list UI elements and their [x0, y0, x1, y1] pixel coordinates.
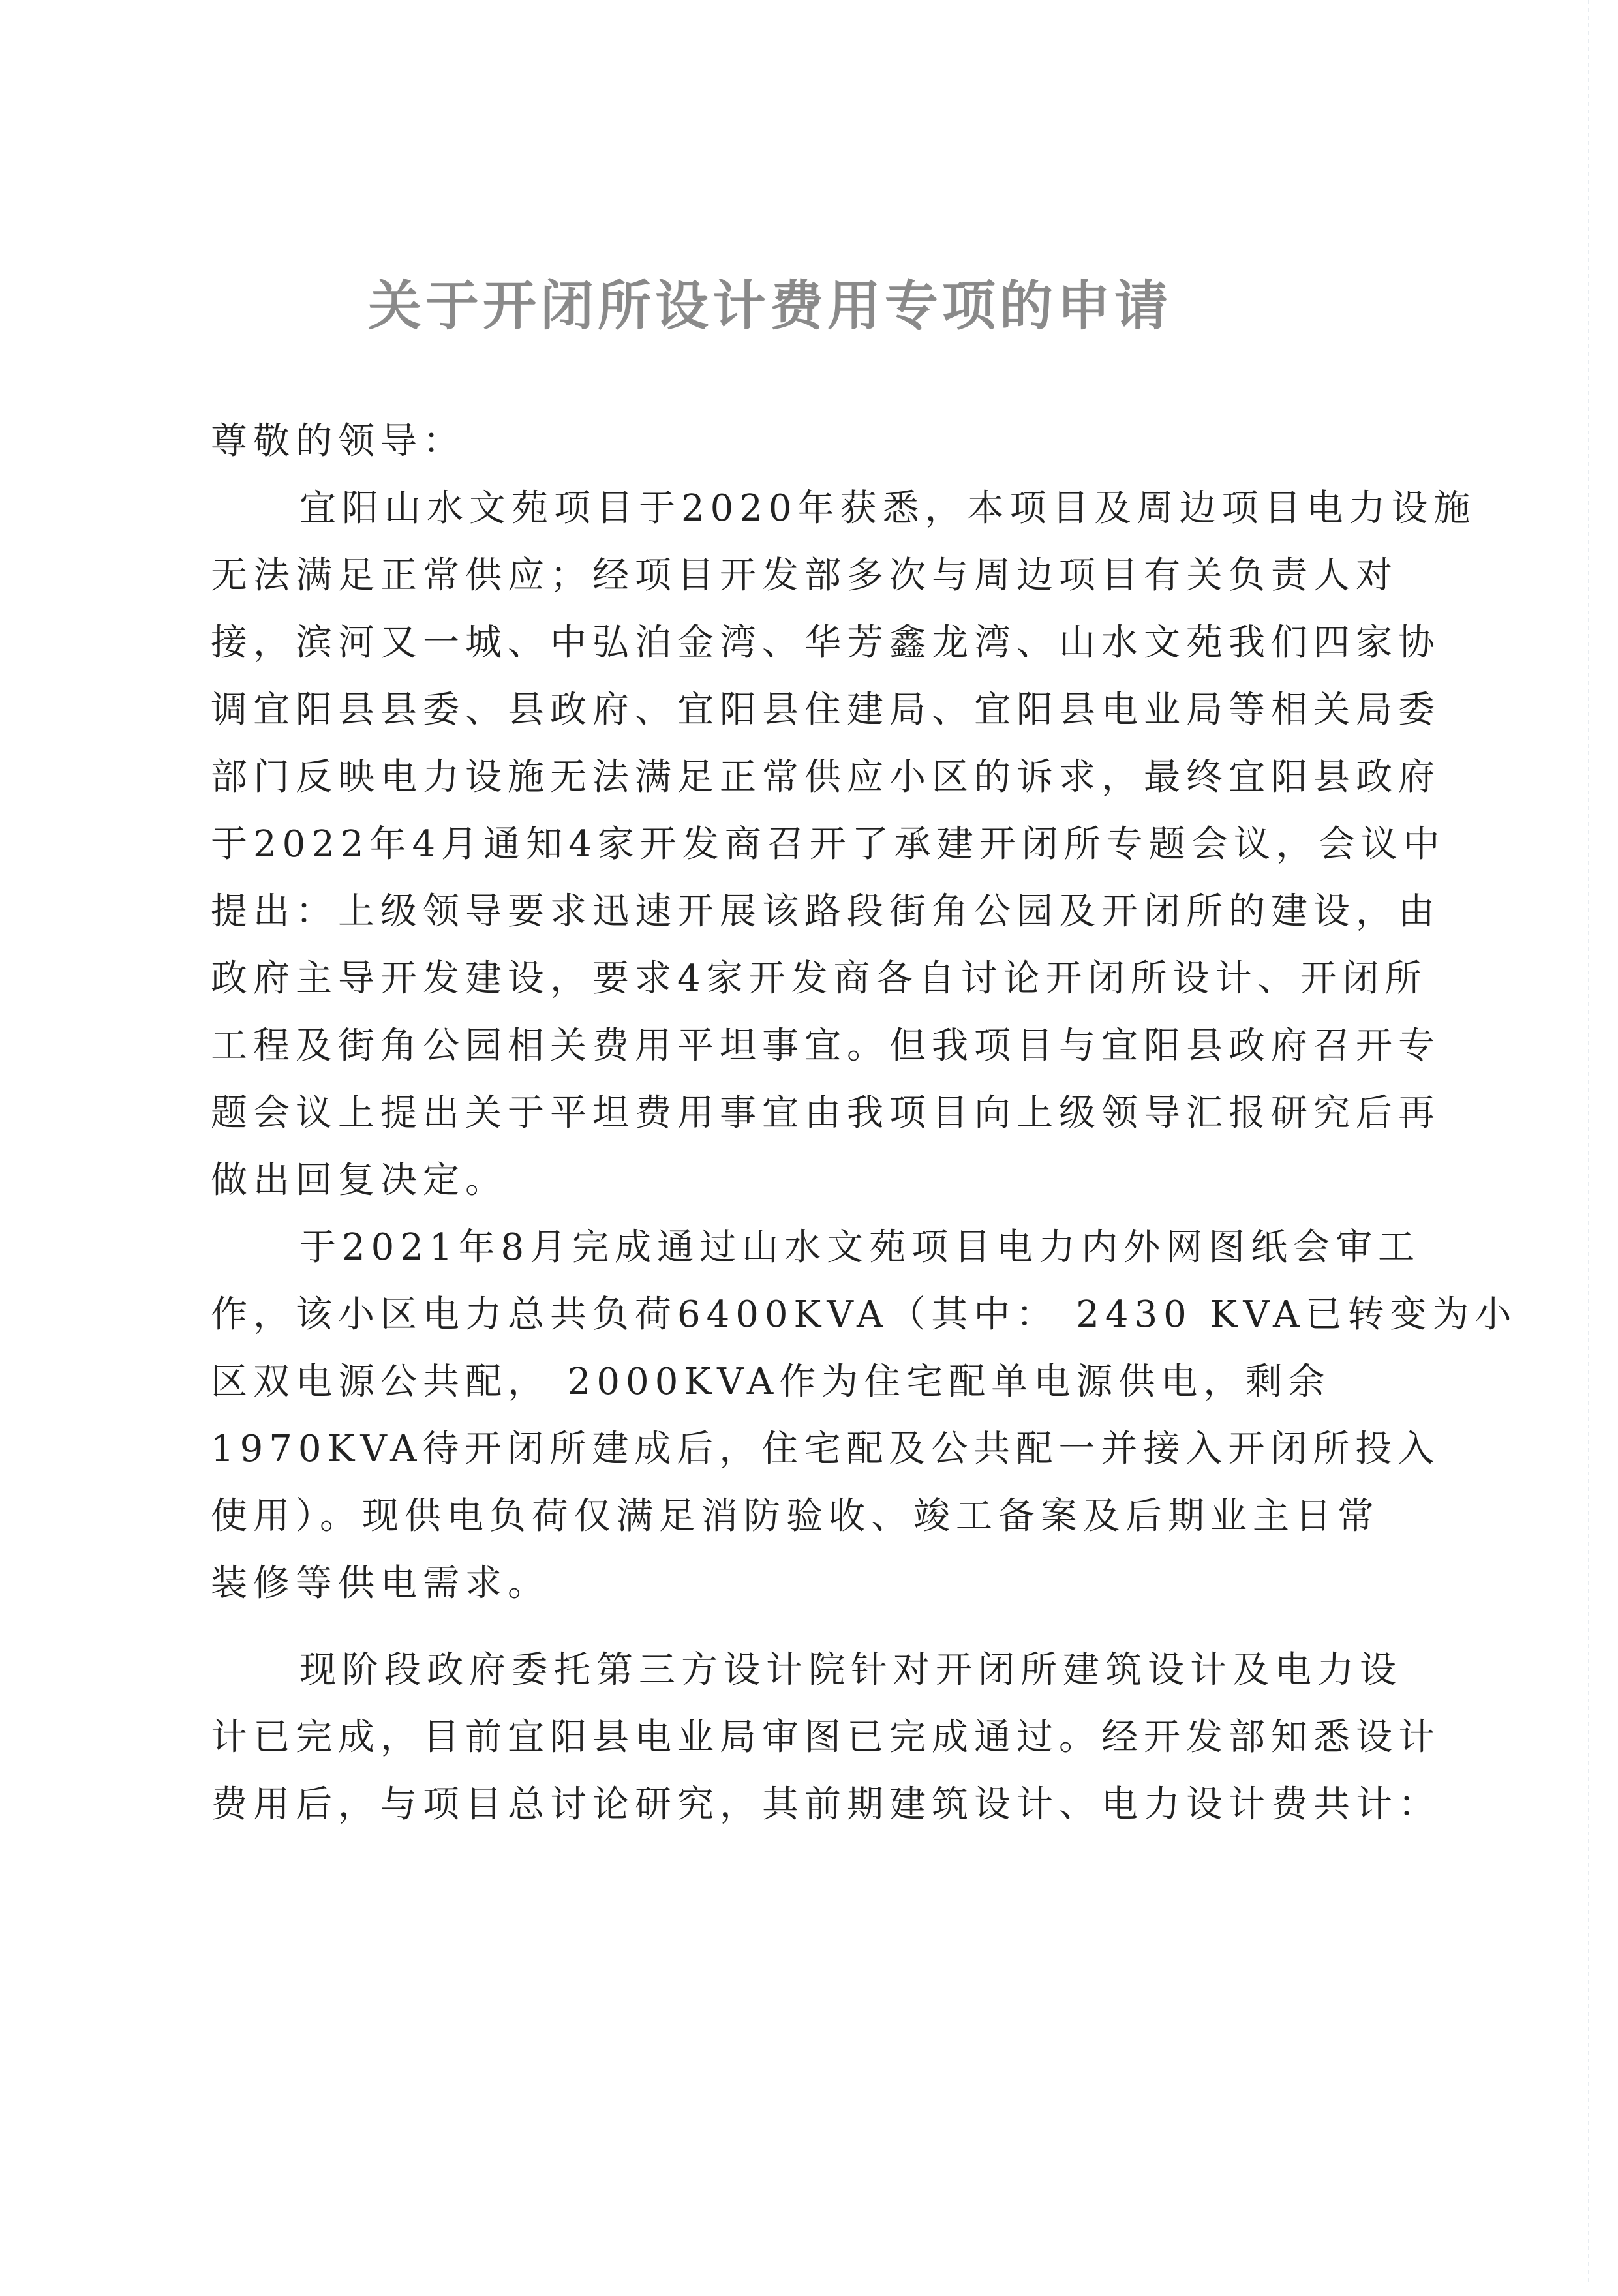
document-body: 尊敬的领导： 宜阳山水文苑项目于2020年获悉，本项目及周边项目电力设施 无法满…: [211, 408, 1307, 1838]
paragraph-line: 费用后，与项目总讨论研究，其前期建筑设计、电力设计费共计：: [211, 1771, 1307, 1838]
paragraph-line: 装修等供电需求。: [211, 1550, 1307, 1617]
paragraph-line: 提出：上级领导要求迅速开展该路段街角公园及开闭所的建设，由: [211, 878, 1307, 945]
paragraph-line: 宜阳山水文苑项目于2020年获悉，本项目及周边项目电力设施: [211, 475, 1307, 542]
paragraph-line: 无法满足正常供应；经项目开发部多次与周边项目有关负责人对: [211, 542, 1307, 609]
paragraph-line: 政府主导开发建设，要求4家开发商各自讨论开闭所设计、开闭所: [211, 945, 1307, 1012]
paragraph-1: 宜阳山水文苑项目于2020年获悉，本项目及周边项目电力设施 无法满足正常供应；经…: [211, 475, 1307, 1214]
paragraph-line: 区双电源公共配， 2000KVA作为住宅配单电源供电，剩余: [211, 1348, 1307, 1415]
paragraph-line: 1970KVA待开闭所建成后，住宅配及公共配一并接入开闭所投入: [211, 1415, 1307, 1483]
salutation: 尊敬的领导：: [211, 408, 1307, 475]
paragraph-line: 接，滨河又一城、中弘泊金湾、华芳鑫龙湾、山水文苑我们四家协: [211, 609, 1307, 676]
paragraph-3: 现阶段政府委托第三方设计院针对开闭所建筑设计及电力设 计已完成，目前宜阳县电业局…: [211, 1637, 1307, 1838]
paragraph-line: 于2022年4月通知4家开发商召开了承建开闭所专题会议，会议中: [211, 811, 1307, 878]
paragraph-line: 工程及街角公园相关费用平坦事宜。但我项目与宜阳县政府召开专: [211, 1012, 1307, 1080]
paragraph-line: 作，该小区电力总共负荷6400KVA（其中： 2430 KVA已转变为小: [211, 1281, 1307, 1348]
paragraph-line: 做出回复决定。: [211, 1147, 1307, 1214]
paragraph-line: 于2021年8月完成通过山水文苑项目电力内外网图纸会审工: [211, 1214, 1307, 1281]
paragraph-line: 题会议上提出关于平坦费用事宜由我项目向上级领导汇报研究后再: [211, 1080, 1307, 1147]
document-page: 关于开闭所设计费用专项的申请 尊敬的领导： 宜阳山水文苑项目于2020年获悉，本…: [0, 0, 1618, 2296]
paragraph-gap: [211, 1617, 1307, 1637]
paragraph-line: 现阶段政府委托第三方设计院针对开闭所建筑设计及电力设: [211, 1637, 1307, 1704]
paragraph-2: 于2021年8月完成通过山水文苑项目电力内外网图纸会审工 作，该小区电力总共负荷…: [211, 1214, 1307, 1617]
paragraph-line: 部门反映电力设施无法满足正常供应小区的诉求，最终宜阳县政府: [211, 744, 1307, 811]
document-title: 关于开闭所设计费用专项的申请: [365, 274, 1174, 339]
paragraph-line: 调宜阳县县委、县政府、宜阳县住建局、宜阳县电业局等相关局委: [211, 676, 1307, 744]
paragraph-line: 使用）。现供电负荷仅满足消防验收、竣工备案及后期业主日常: [211, 1483, 1307, 1550]
scan-edge-artifact: [1588, 0, 1589, 2283]
paragraph-line: 计已完成，目前宜阳县电业局审图已完成通过。经开发部知悉设计: [211, 1704, 1307, 1771]
